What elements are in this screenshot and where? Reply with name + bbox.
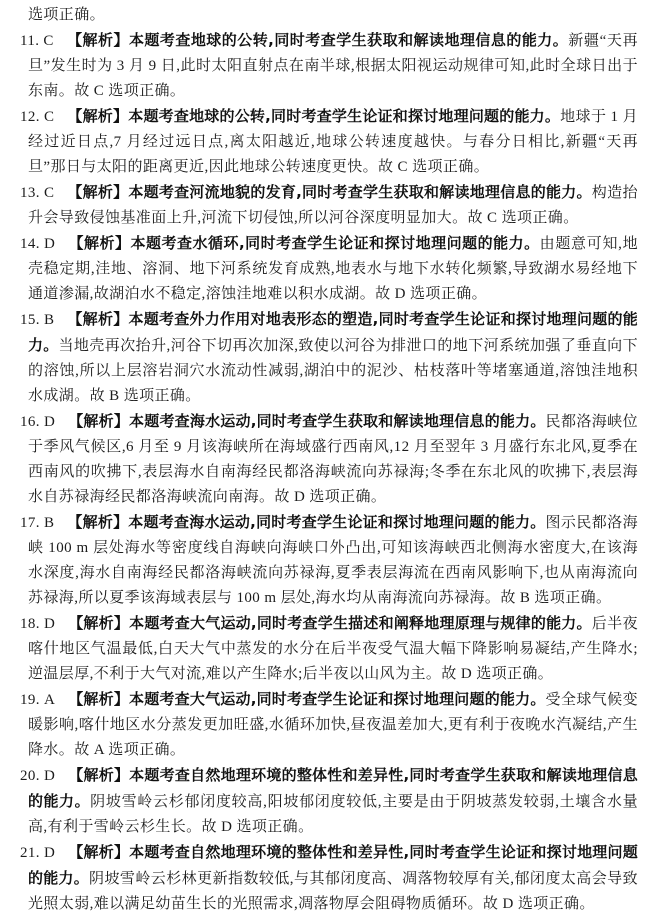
answer-letter: D [44,236,55,252]
answer-letter: B [44,515,54,531]
answer-letter: C [43,33,53,49]
answer-letter: C [44,109,54,125]
question-number: 11. [20,33,39,49]
question-number: 13. [20,185,40,201]
question-number: 20. [20,768,40,784]
answer-letter: B [44,312,54,328]
analysis-focus: 【解析】本题考查海水运动,同时考查学生论证和探讨地理问题的能力。 [67,513,545,531]
analysis-explanation: 阴坡雪岭云杉林更新指数较低,与其郁闭度高、凋落物较厚有关,郁闭度太高会导致光照太… [28,871,638,912]
carryover-text: 选项正确。 [28,7,105,23]
analysis-focus: 【解析】本题考查大气运动,同时考查学生论证和探讨地理问题的能力。 [68,690,545,708]
answer-item: 11.C【解析】本题考查地球的公转,同时考查学生获取和解读地理信息的能力。新疆“… [10,28,638,104]
question-number: 15. [20,312,40,328]
answer-item: 15.B【解析】本题考查外力作用对地表形态的塑造,同时考查学生论证和探讨地理问题… [10,307,638,409]
answer-item: 18.D【解析】本题考查大气运动,同时考查学生描述和阐释地理原理与规律的能力。后… [10,611,638,687]
answer-item: 14.D【解析】本题考查水循环,同时考查学生论证和探讨地理问题的能力。由题意可知… [10,231,638,307]
answer-item: 13.C【解析】本题考查河流地貌的发育,同时考查学生获取和解读地理信息的能力。构… [10,180,638,231]
question-number: 16. [20,414,40,430]
answer-item: 12.C【解析】本题考查地球的公转,同时考查学生论证和探讨地理问题的能力。地球于… [10,104,638,180]
answer-letter: D [44,768,55,784]
answer-item: 21.D【解析】本题考查自然地理环境的整体性和差异性,同时考查学生论证和探讨地理… [10,840,638,917]
analysis-focus: 【解析】本题考查河流地貌的发育,同时考查学生获取和解读地理信息的能力。 [67,183,591,201]
analysis-focus: 【解析】本题考查大气运动,同时考查学生描述和阐释地理原理与规律的能力。 [68,614,592,632]
analysis-focus: 【解析】本题考查地球的公转,同时考查学生论证和探讨地理问题的能力。 [67,107,560,125]
question-number: 19. [20,692,40,708]
answer-letter: D [44,414,55,430]
answer-item: 20.D【解析】本题考查自然地理环境的整体性和差异性,同时考查学生获取和解读地理… [10,763,638,840]
exam-answer-key-page: 选项正确。 11.C【解析】本题考查地球的公转,同时考查学生获取和解读地理信息的… [0,0,650,923]
answer-item: 17.B【解析】本题考查海水运动,同时考查学生论证和探讨地理问题的能力。图示民都… [10,510,638,611]
analysis-explanation: 当地壳再次抬升,河谷下切再次加深,致使以河谷为排泄口的地下河系统加强了垂直向下的… [28,338,638,404]
answer-letter: A [44,692,55,708]
answer-letter: C [44,185,54,201]
question-number: 21. [20,845,40,861]
analysis-focus: 【解析】本题考查水循环,同时考查学生论证和探讨地理问题的能力。 [68,234,539,252]
analysis-focus: 【解析】本题考查地球的公转,同时考查学生获取和解读地理信息的能力。 [67,31,568,49]
answer-item: 16.D【解析】本题考查海水运动,同时考查学生获取和解读地理信息的能力。民都洛海… [10,409,638,510]
analysis-explanation: 阴坡雪岭云杉郁闭度较高,阳坡郁闭度较低,主要是由于阴坡蒸发较弱,土壤含水量高,有… [28,794,638,835]
answer-letter: D [44,616,55,632]
question-number: 18. [20,616,40,632]
analysis-focus: 【解析】本题考查海水运动,同时考查学生获取和解读地理信息的能力。 [68,412,545,430]
question-number: 17. [20,515,40,531]
question-number: 14. [20,236,40,252]
carryover-line: 选项正确。 [10,3,638,28]
question-number: 12. [20,109,40,125]
answer-item: 19.A【解析】本题考查大气运动,同时考查学生论证和探讨地理问题的能力。受全球气… [10,687,638,763]
answer-letter: D [44,845,55,861]
